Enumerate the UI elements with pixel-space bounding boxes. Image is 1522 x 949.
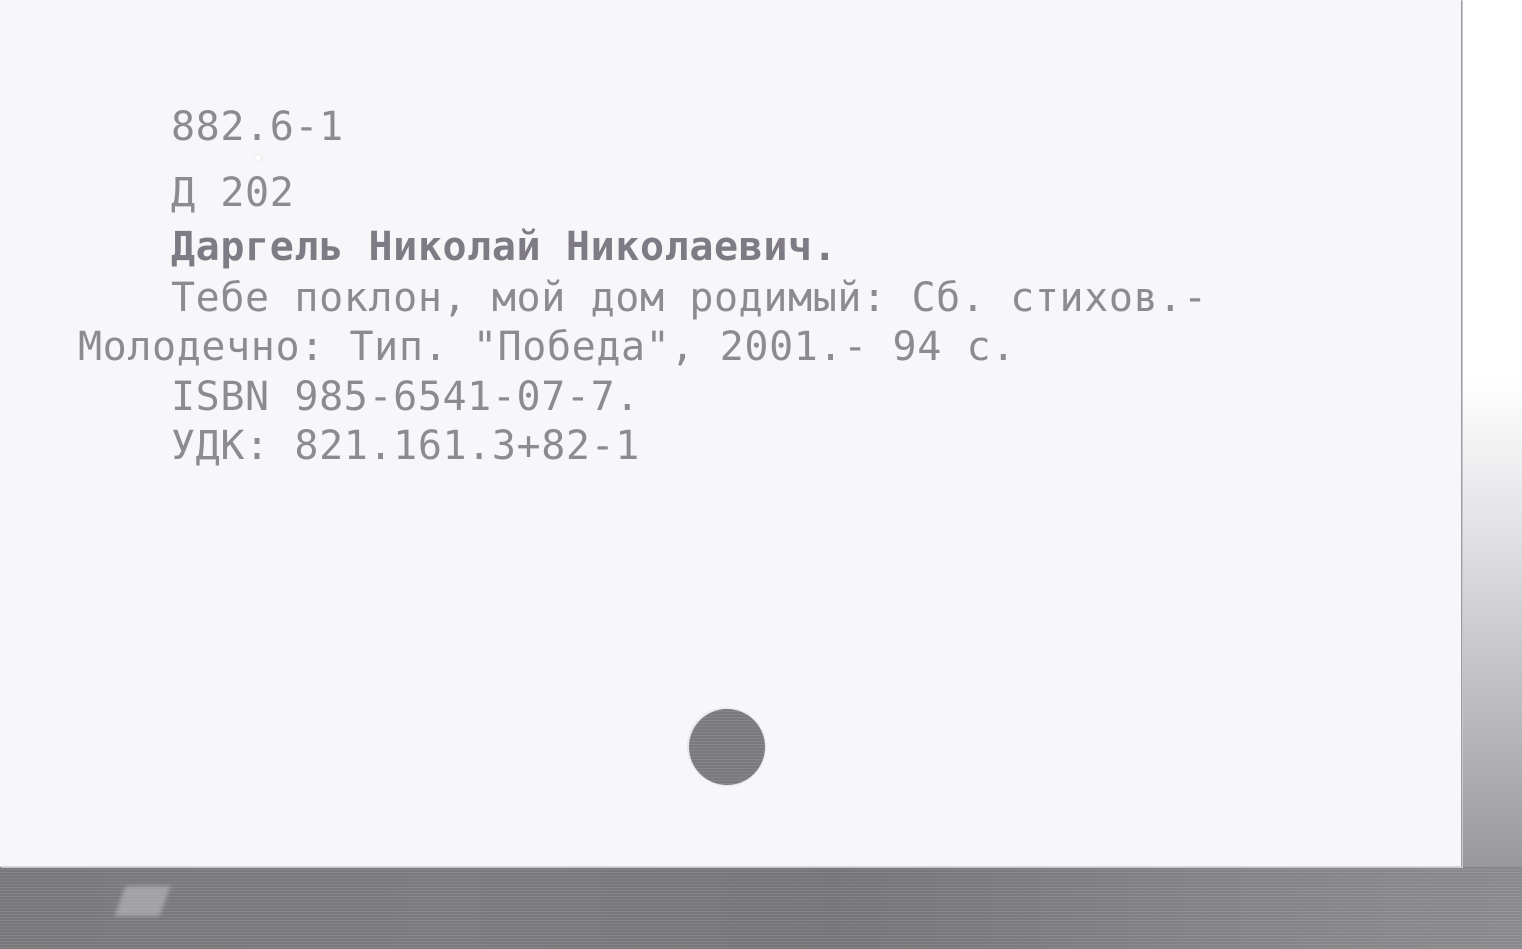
imprint-line: Молодечно: Тип. "Победа", 2001.- 94 с. — [78, 327, 1016, 367]
scanner-backdrop-right — [1462, 0, 1522, 949]
udc-line: УДК: 821.161.3+82-1 — [171, 426, 640, 466]
paper-speck — [255, 155, 261, 161]
catalog-card: 882.6-1 Д 202 Даргель Николай Николаевич… — [0, 0, 1462, 867]
punch-hole — [689, 709, 765, 785]
scanner-backdrop-bottom — [0, 866, 1522, 949]
isbn-line: ISBN 985-6541-07-7. — [171, 377, 640, 417]
author-mark: Д 202 — [171, 173, 294, 213]
author-name: Даргель Николай Николаевич. — [171, 227, 837, 267]
classification-index: 882.6-1 — [171, 107, 344, 147]
title-line: Тебе поклон, мой дом родимый: Сб. стихов… — [171, 278, 1208, 318]
